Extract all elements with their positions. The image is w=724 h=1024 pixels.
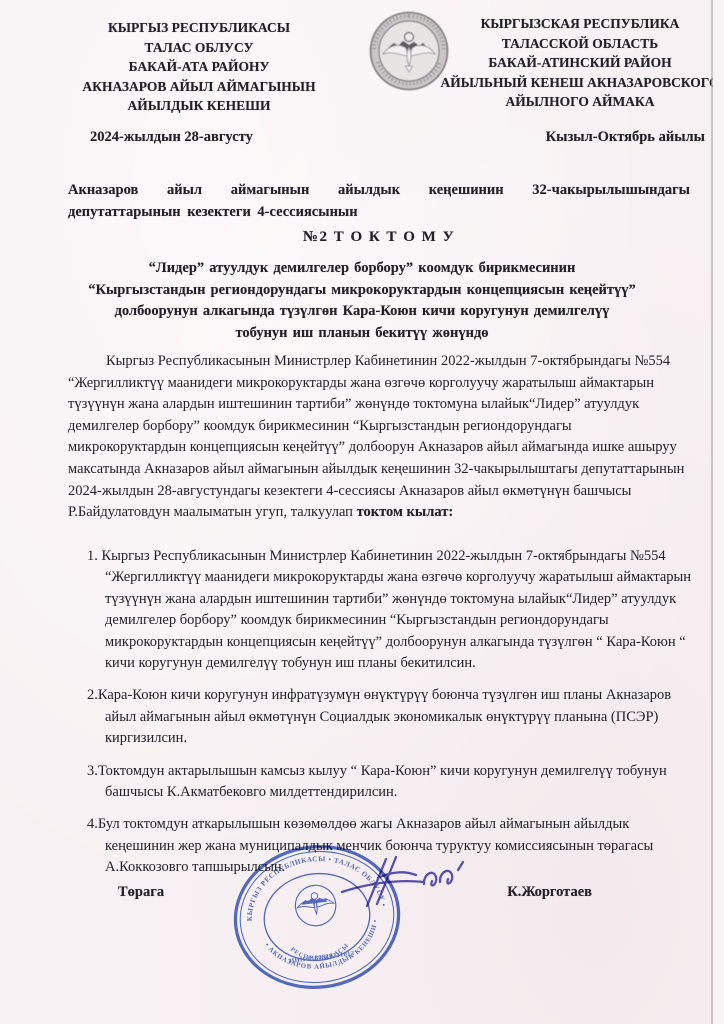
header-left-line: ТАЛАС ОБЛУСУ — [38, 38, 360, 58]
preamble-text: Кыргыз Республикасынын Министрлер Кабине… — [68, 353, 684, 520]
subject-line: долбоорунун алкагында түзүлгөн Кара-Коюн… — [42, 301, 682, 323]
scanned-decree-document: КЫРГЫЗ РЕСПУБЛИКАСЫ ТАЛАС ОБЛУСУ БАКАЙ-А… — [0, 0, 724, 1024]
resolution-phrase: токтом кылат: — [357, 504, 454, 520]
header-right-line: ТАЛАССКОЙ ОБЛАСТЬ — [430, 34, 724, 54]
signer-title: Төрага — [118, 884, 164, 901]
item-number: 4. — [87, 816, 98, 832]
signer-name: К.Жорготаев — [507, 884, 592, 901]
decree-date: 2024-жылдын 28-августу — [90, 129, 253, 146]
handwritten-signature — [338, 846, 488, 918]
resolution-item-3: 3.Токтомдун актарылышын камсыз кылуу “ К… — [87, 761, 694, 804]
subject-line: “Кыргызстандын региондорундагы микрокору… — [42, 280, 682, 302]
item-number: 1. — [87, 548, 102, 564]
header-org-kyrgyz: КЫРГЫЗ РЕСПУБЛИКАСЫ ТАЛАС ОБЛУСУ БАКАЙ-А… — [38, 18, 360, 116]
decree-number: №2 Т О К Т О М У — [68, 229, 690, 246]
header-left-line: КЫРГЫЗ РЕСПУБЛИКАСЫ — [38, 18, 360, 38]
header-right-line: БАКАЙ-АТИНСКИЙ РАЙОН — [430, 53, 724, 73]
item-text: Токтомдун актарылышын камсыз кылуу “ Кар… — [98, 763, 667, 800]
header-left-line: БАКАЙ-АТА РАЙОНУ — [38, 57, 360, 77]
dateline: 2024-жылдын 28-августу Кызыл-Октябрь айы… — [90, 129, 705, 146]
header-right-line: АЙЫЛЬНЫЙ КЕНЕШ АКНАЗАРОВСКОГО — [430, 73, 724, 93]
session-title: Акназаров айыл аймагынын айылдык кеңешин… — [68, 179, 690, 223]
header-left-line: АЙЫЛДЫК КЕНЕШИ — [38, 96, 360, 116]
scan-edge-line — [711, 0, 713, 1024]
item-number: 3. — [87, 763, 98, 779]
stamp-ring-bottom-text: • АКНАЗАРОВ АЙЫЛДЫК КЕНЕШИ • — [261, 918, 384, 977]
resolution-item-2: 2.Кара-Коюн кичи коругунун инфратүзумүн … — [87, 685, 694, 749]
subject-line: “Лидер” атуулдук демилгелер борбору” коо… — [42, 258, 682, 280]
header-org-russian: КЫРГЫЗСКАЯ РЕСПУБЛИКА ТАЛАССКОЙ ОБЛАСТЬ … — [430, 14, 724, 112]
header-left-line: АКНАЗАРОВ АЙЫЛ АЙМАГЫНЫН — [38, 77, 360, 97]
header-right-line: КЫРГЫЗСКАЯ РЕСПУБЛИКА — [430, 14, 724, 34]
scan-edge-strip — [713, 0, 724, 1024]
item-text: Кара-Коюн кичи коругунун инфратүзумүн өн… — [98, 687, 671, 746]
header-right-line: АЙЫЛНОГО АЙМАКА — [430, 92, 724, 112]
svg-text:• АКНАЗАРОВ АЙЫЛДЫК КЕНЕШИ •: • АКНАЗАРОВ АЙЫЛДЫК КЕНЕШИ • — [261, 918, 384, 977]
resolution-item-1: 1. Кыргыз Республикасынын Министрлер Каб… — [87, 546, 694, 674]
signature-row: Төрага К.Жорготаев — [118, 884, 592, 901]
decree-place: Кызыл-Октябрь айылы — [546, 129, 705, 146]
subject-line: тобунун иш планын бекитүү жөнүндө — [42, 323, 682, 345]
item-number: 2. — [87, 687, 98, 703]
preamble-paragraph: Кыргыз Республикасынын Министрлер Кабине… — [68, 351, 692, 524]
decree-subject: “Лидер” атуулдук демилгелер борбору” коо… — [42, 258, 682, 344]
item-text: Кыргыз Республикасынын Министрлер Кабине… — [102, 548, 692, 671]
